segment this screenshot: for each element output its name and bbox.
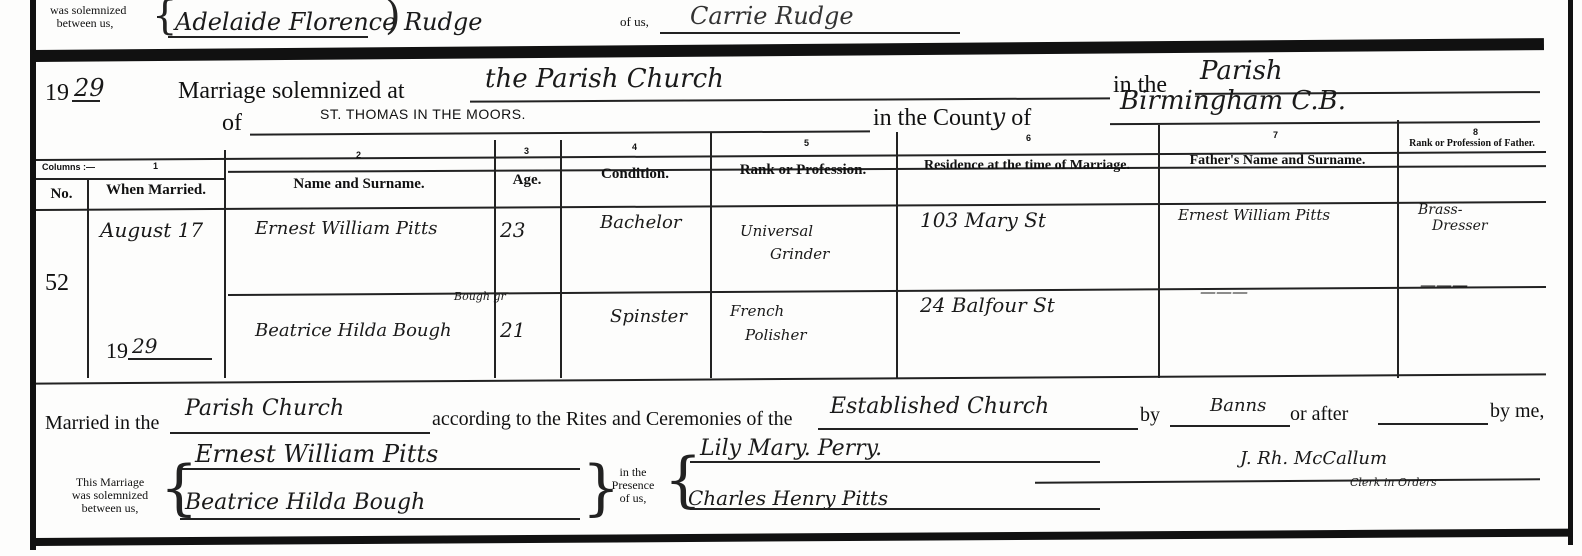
col-head-age: Age.	[494, 172, 560, 189]
witness-2: Charles Henry Pitts	[688, 486, 888, 510]
columns-label: Columns :—	[42, 162, 95, 172]
groom-condition: Bachelor	[600, 212, 681, 233]
solemnized-label: This Marriage was solemnized between us,	[60, 476, 160, 515]
rule	[250, 130, 870, 135]
right-border	[1568, 0, 1573, 545]
bride-profession-1: French	[730, 302, 784, 320]
col-num-7: 7	[1273, 130, 1278, 140]
entry-year-suffix: 29	[132, 334, 157, 358]
by-me-label: by me,	[1490, 400, 1544, 423]
col-head-residence: Residence at the time of Marriage.	[896, 158, 1158, 174]
prev-solemnized-label: was solemnized between us,	[50, 4, 120, 30]
col-num-4: 4	[632, 142, 637, 152]
prev-label-line2: between us,	[50, 17, 120, 30]
brace: {	[152, 0, 177, 36]
or-after-label: or after	[1290, 403, 1348, 426]
col-head-condition: Condition.	[560, 166, 710, 183]
col-head-when-married: When Married.	[88, 182, 224, 199]
county-label: in the County of	[873, 103, 1031, 132]
county-label-b: y	[992, 103, 1006, 131]
solemnized-label: Marriage solemnized at	[178, 78, 405, 105]
rule	[168, 36, 368, 38]
col-num-5: 5	[804, 138, 809, 148]
rule	[170, 432, 430, 434]
col-num-6: 6	[1026, 133, 1031, 143]
col-head-profession: Rank or Profession.	[710, 162, 896, 179]
by-label: by	[1140, 404, 1160, 427]
rule	[180, 468, 580, 470]
bride-name: Beatrice Hilda Bough	[255, 320, 452, 341]
col-divider	[87, 178, 89, 378]
bottom-border	[34, 529, 1572, 546]
parish-type: Parish	[1200, 56, 1283, 86]
groom-profession-1: Universal	[740, 222, 813, 240]
rule	[128, 358, 212, 360]
groom-father-profession-2: Dresser	[1432, 218, 1488, 234]
prev-witness: Carrie Rudge	[690, 2, 854, 30]
officiant-signature: J. Rh. McCallum	[1240, 448, 1387, 469]
groom-name: Ernest William Pitts	[255, 218, 438, 239]
entry-separator	[34, 38, 1544, 62]
year-prefix: 19	[45, 80, 69, 107]
year-suffix: 29	[74, 74, 105, 102]
solemnized-line3: between us,	[60, 502, 160, 515]
col-num-3: 3	[524, 146, 529, 156]
groom-father-profession-1: Brass-	[1418, 202, 1462, 218]
rule	[1378, 423, 1488, 425]
groom-father-name: Ernest William Pitts	[1178, 206, 1330, 224]
col-num-1: 1	[153, 161, 158, 171]
witness-1: Lily Mary. Perry.	[700, 436, 882, 461]
rule	[36, 178, 226, 180]
rule	[1035, 478, 1540, 483]
col-head-father-profession: Rank or Profession of Father.	[1400, 138, 1544, 149]
parish-name: ST. THOMAS IN THE MOORS.	[320, 106, 526, 122]
rule	[690, 508, 1100, 510]
presence-line3: of us,	[598, 492, 668, 505]
bride-signature: Beatrice Hilda Bough	[185, 490, 425, 515]
presence-label: in the Presence of us,	[598, 466, 668, 505]
groom-signature: Ernest William Pitts	[195, 440, 438, 468]
officiant-title: Clerk in Orders	[1350, 476, 1437, 489]
county-name: Birmingham C.B.	[1120, 86, 1346, 116]
col-num-8: 8	[1473, 127, 1478, 137]
brace: )	[385, 0, 401, 36]
rule	[180, 518, 580, 520]
bride-residence: 24 Balfour St	[920, 293, 1055, 317]
married-in-label: Married in the	[45, 412, 159, 435]
rule	[660, 32, 960, 34]
rule	[1110, 121, 1540, 125]
entry-date: August 17	[100, 218, 203, 242]
left-border	[30, 0, 36, 550]
col-head-father-name: Father's Name and Surname.	[1158, 153, 1397, 169]
groom-age: 23	[500, 218, 525, 242]
rule	[1170, 425, 1290, 427]
groom-profession-2: Grinder	[770, 245, 829, 263]
rule	[818, 428, 1138, 430]
county-label-a: in the Count	[873, 105, 992, 131]
bride-father-name: ———	[1200, 282, 1248, 301]
bride-condition: Spinster	[610, 306, 687, 327]
rule	[72, 100, 100, 102]
of-label: of	[222, 110, 242, 137]
row-divider	[228, 286, 1546, 296]
table-bottom-rule	[36, 373, 1546, 384]
prev-presence-label: of us,	[620, 14, 649, 30]
rule	[470, 97, 1110, 102]
entry-number: 52	[45, 270, 69, 297]
married-in: Parish Church	[185, 396, 344, 421]
register-page: was solemnized between us, { Adelaide Fl…	[0, 0, 1582, 556]
bride-profession-2: Polisher	[745, 326, 807, 344]
prev-signature: Adelaide Florence Rudge	[175, 8, 482, 36]
bride-name-correction: Bough gr	[454, 290, 506, 303]
entry-year-prefix: 19	[106, 338, 128, 364]
county-of: of	[1011, 105, 1031, 131]
bride-father-profession-1: ———	[1420, 275, 1468, 294]
by-value: Banns	[1210, 395, 1266, 416]
rites-label: according to the Rites and Ceremonies of…	[432, 408, 792, 431]
rule	[690, 461, 1100, 463]
groom-residence: 103 Mary St	[920, 208, 1046, 232]
col-num-2: 2	[356, 150, 361, 160]
col-head-name: Name and Surname.	[224, 176, 494, 193]
place: the Parish Church	[485, 64, 724, 94]
col-head-no: No.	[36, 186, 87, 203]
col-divider	[1397, 120, 1399, 378]
rites: Established Church	[830, 394, 1049, 419]
bride-age: 21	[500, 318, 525, 342]
